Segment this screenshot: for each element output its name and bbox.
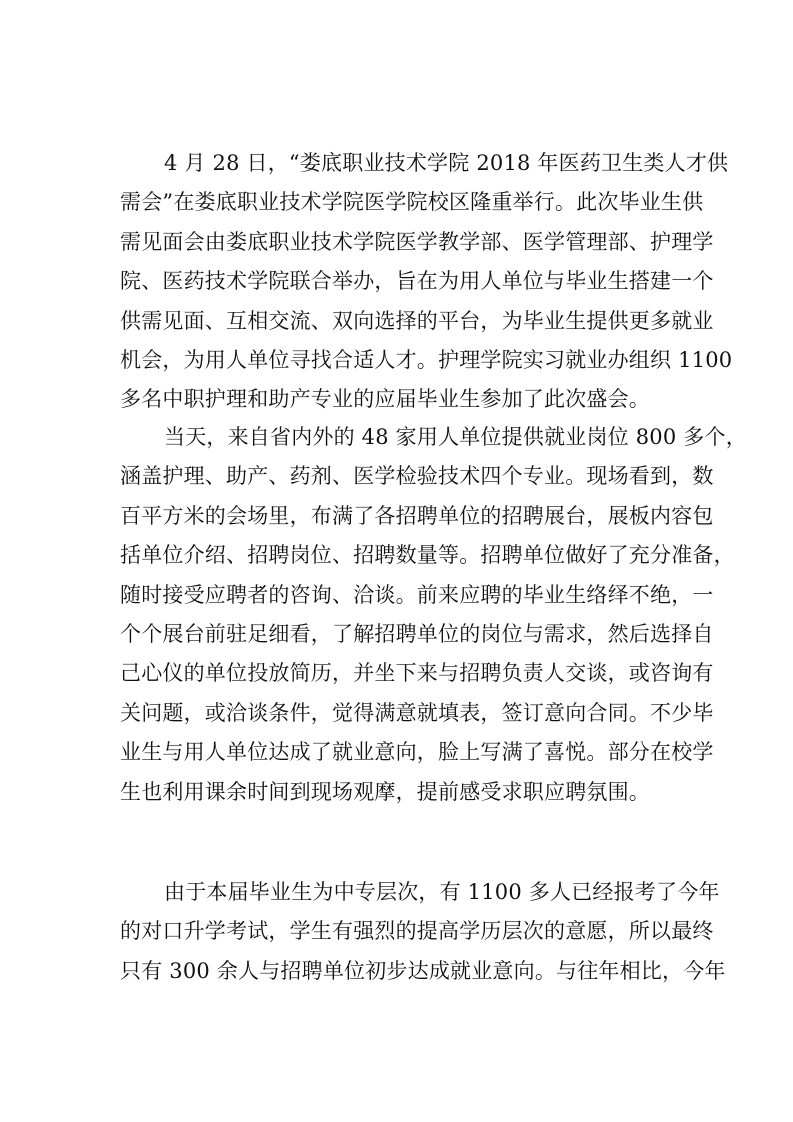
text-line: 需会”在娄底职业技术学院医学院校区隆重举行。此次毕业生供 [120,183,680,222]
text-line: 括单位介绍、招聘岗位、招聘数量等。招聘单位做好了充分准备， [120,536,680,575]
text-line: 个个展台前驻足细看，了解招聘单位的岗位与需求，然后选择自 [120,615,680,654]
text-line: 机会，为用人单位寻找合适人才。护理学院实习就业办组织 1100 [120,341,680,380]
text-line: 院、医药技术学院联合举办，旨在为用人单位与毕业生搭建一个 [120,262,680,301]
text-line: 4 月 28 日，“娄底职业技术学院 2018 年医药卫生类人才供 [120,144,680,183]
text-line: 生也利用课余时间到现场观摩，提前感受求职应聘氛围。 [120,773,680,812]
text-line: 业生与用人单位达成了就业意向，脸上写满了喜悦。部分在校学 [120,733,680,772]
text-line: 关问题，或洽谈条件，觉得满意就填表，签订意向合同。不少毕 [120,694,680,733]
text-line: 只有 300 余人与招聘单位初步达成就业意向。与往年相比，今年 [120,952,680,991]
text-line: 多名中职护理和助产专业的应届毕业生参加了此次盛会。 [120,380,680,419]
paragraph-1: 4 月 28 日，“娄底职业技术学院 2018 年医药卫生类人才供 需会”在娄底… [120,144,680,420]
text-line: 随时接受应聘者的咨询、洽谈。前来应聘的毕业生络绎不绝，一 [120,576,680,615]
text-line: 需见面会由娄底职业技术学院医学教学部、医学管理部、护理学 [120,223,680,262]
text-line: 百平方米的会场里，布满了各招聘单位的招聘展台，展板内容包 [120,497,680,536]
paragraph-2: 当天，来自省内外的 48 家用人单位提供就业岗位 800 多个， 涵盖护理、助产… [120,418,680,812]
text-line: 供需见面、互相交流、双向选择的平台，为毕业生提供更多就业 [120,302,680,341]
text-line: 的对口升学考试，学生有强烈的提高学历层次的意愿，所以最终 [120,912,680,951]
paragraph-3: 由于本届毕业生为中专层次，有 1100 多人已经报考了今年 的对口升学考试，学生… [120,873,680,991]
document-page: 4 月 28 日，“娄底职业技术学院 2018 年医药卫生类人才供 需会”在娄底… [0,0,793,1122]
text-line: 当天，来自省内外的 48 家用人单位提供就业岗位 800 多个， [120,418,680,457]
text-line: 涵盖护理、助产、药剂、医学检验技术四个专业。现场看到，数 [120,457,680,496]
text-line: 由于本届毕业生为中专层次，有 1100 多人已经报考了今年 [120,873,680,912]
text-line: 己心仪的单位投放简历，并坐下来与招聘负责人交谈，或咨询有 [120,654,680,693]
